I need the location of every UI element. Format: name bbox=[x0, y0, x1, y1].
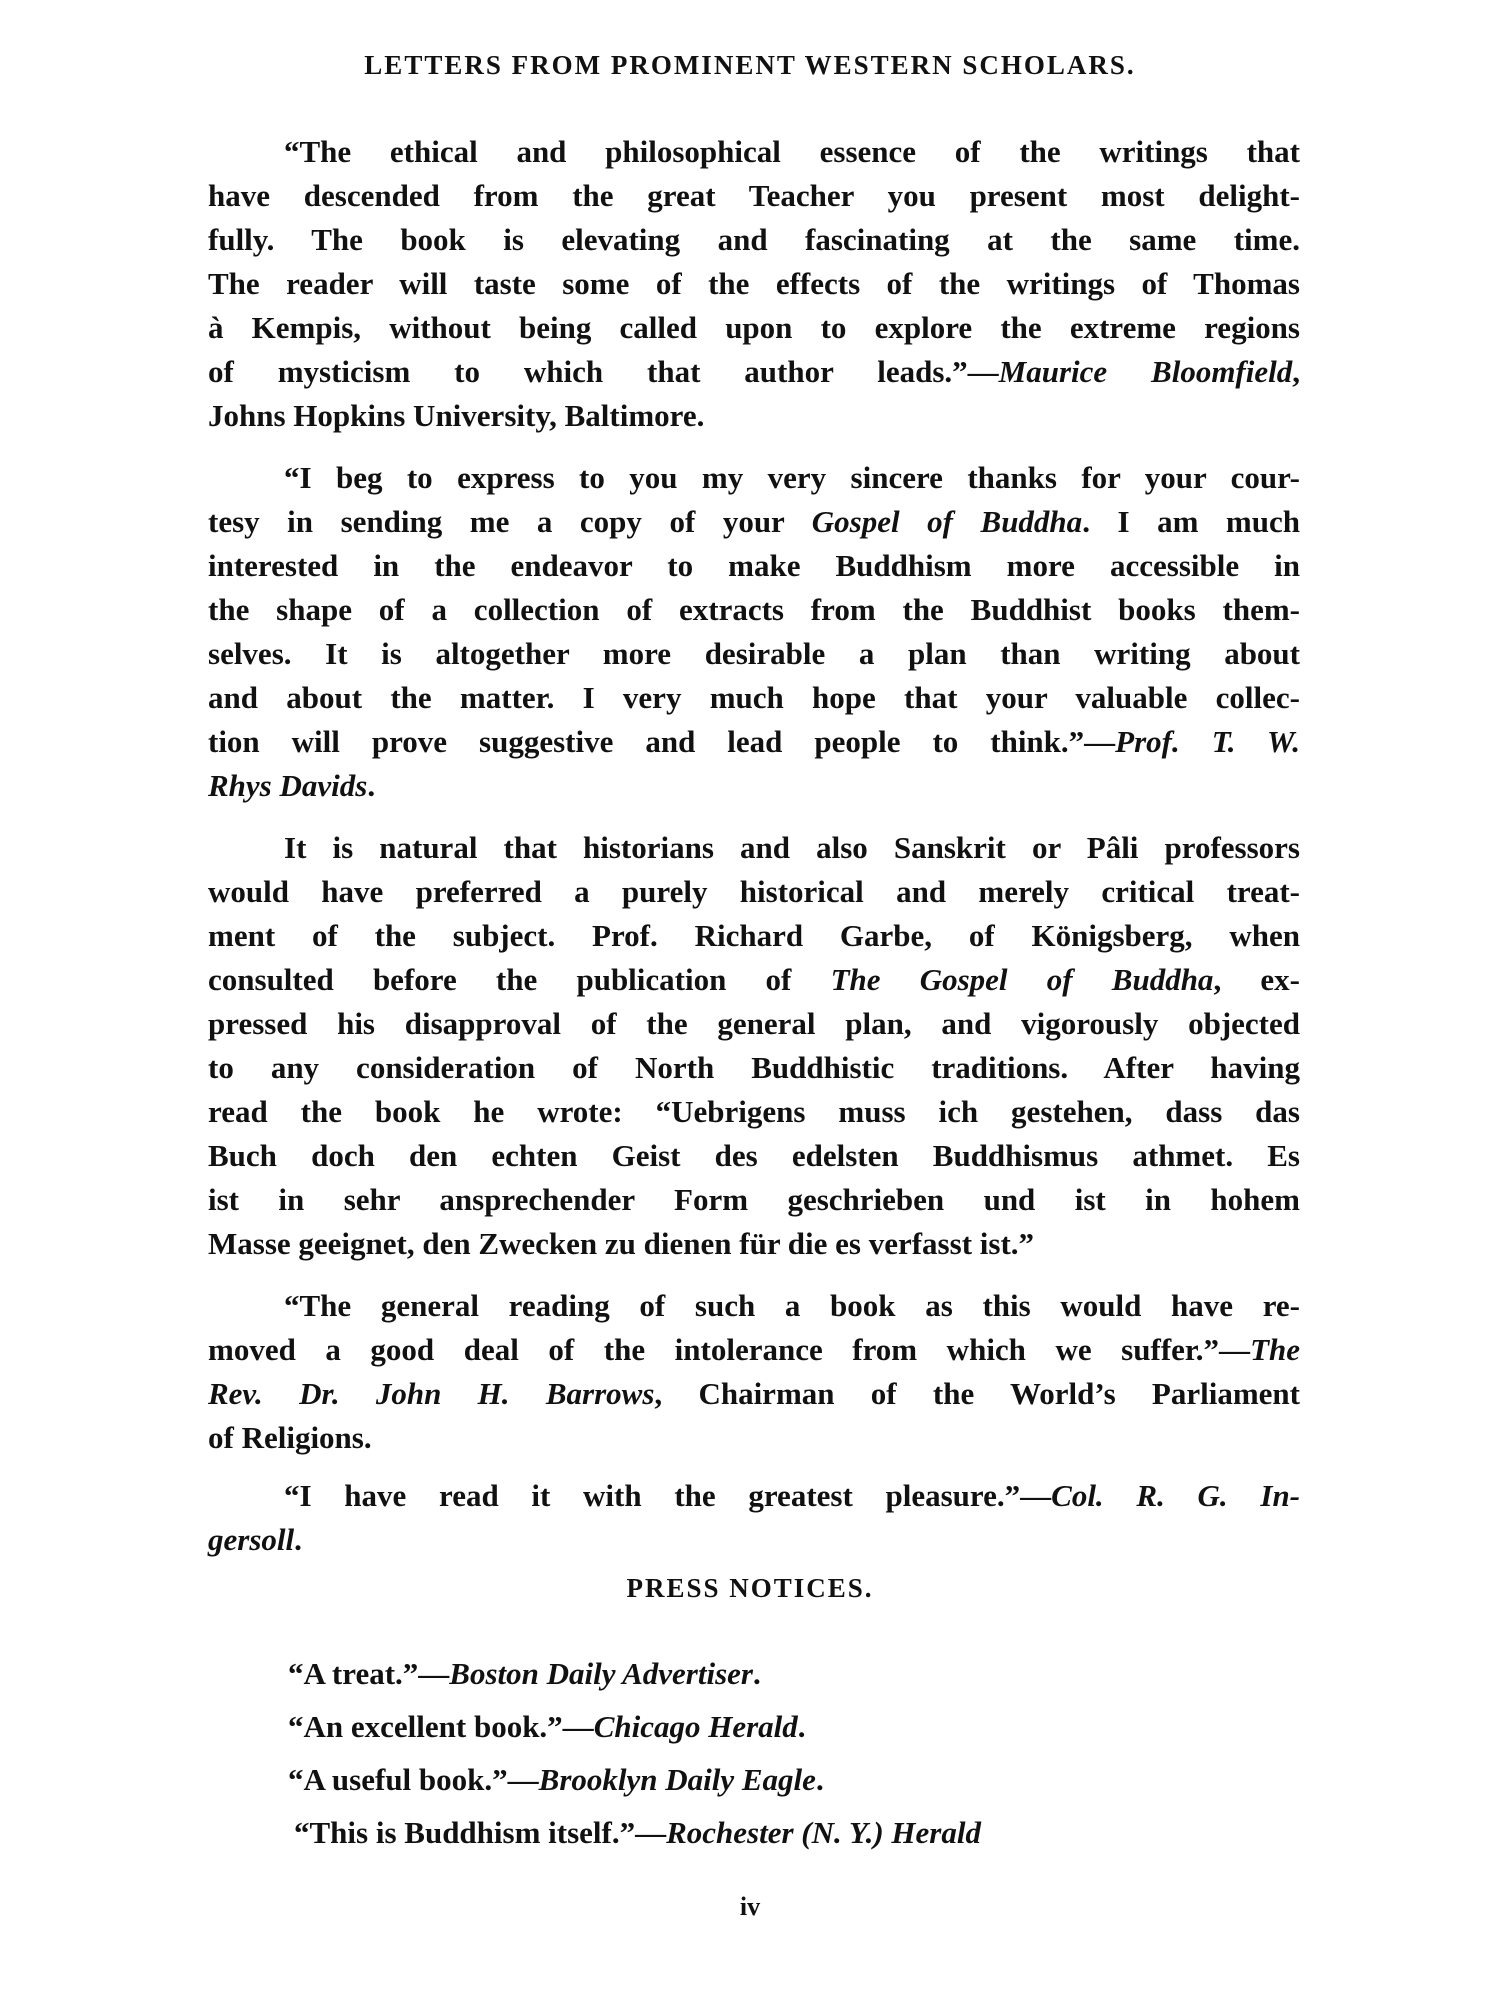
text-line: the shape of a collection of extracts fr… bbox=[208, 588, 1300, 632]
text-line: Masse geeignet, den Zwecken zu dienen fü… bbox=[208, 1222, 1300, 1266]
book-title: The Gospel of Buddha bbox=[831, 962, 1214, 997]
text-line: “I beg to express to you my very sincere… bbox=[284, 456, 1300, 500]
text-line: “The general reading of such a book as t… bbox=[284, 1284, 1300, 1328]
running-head: LETTERS FROM PROMINENT WESTERN SCHOLARS. bbox=[0, 50, 1500, 81]
text-line: to any consideration of North Buddhistic… bbox=[208, 1046, 1300, 1090]
text-line: tesy in sending me a copy of your Gospel… bbox=[208, 500, 1300, 544]
text-line: of Religions. bbox=[208, 1416, 1300, 1460]
text-line: tion will prove suggestive and lead peop… bbox=[208, 720, 1300, 764]
press-notices-heading: PRESS NOTICES. bbox=[0, 1573, 1500, 1604]
author-name: Col. R. G. In- bbox=[1051, 1478, 1300, 1513]
text-line: “I have read it with the greatest pleasu… bbox=[284, 1474, 1300, 1518]
page-number: iv bbox=[0, 1892, 1500, 1922]
book-title: Gospel of Buddha bbox=[812, 504, 1082, 539]
text-line: selves. It is altogether more desirable … bbox=[208, 632, 1300, 676]
text-line: The reader will taste some of the effect… bbox=[208, 262, 1300, 306]
text-line: consulted before the publication of The … bbox=[208, 958, 1300, 1002]
text-line: of mysticism to which that author leads.… bbox=[208, 350, 1300, 394]
text-line: Rev. Dr. John H. Barrows, Chairman of th… bbox=[208, 1372, 1300, 1416]
text-line: would have preferred a purely historical… bbox=[208, 870, 1300, 914]
author-name: gersoll bbox=[208, 1522, 294, 1557]
text-line: and about the matter. I very much hope t… bbox=[208, 676, 1300, 720]
author-name: Rev. Dr. John H. Barrows bbox=[208, 1376, 654, 1411]
text-line: moved a good deal of the intolerance fro… bbox=[208, 1328, 1300, 1372]
document-page: LETTERS FROM PROMINENT WESTERN SCHOLARS.… bbox=[0, 0, 1500, 2000]
press-notice-item: “A useful book.”—Brooklyn Daily Eagle. bbox=[288, 1758, 824, 1802]
press-notice-item: “This is Buddhism itself.”—Rochester (N.… bbox=[294, 1811, 981, 1855]
author-name: Maurice Bloomfield bbox=[999, 354, 1293, 389]
author-name: Rhys Davids bbox=[208, 768, 367, 803]
press-notice-item: “An excellent book.”—Chicago Herald. bbox=[288, 1705, 806, 1749]
text-line: ment of the subject. Prof. Richard Garbe… bbox=[208, 914, 1300, 958]
press-source: Chicago Herald bbox=[594, 1709, 798, 1744]
text-line: Buch doch den echten Geist des edelsten … bbox=[208, 1134, 1300, 1178]
text-line: pressed his disapproval of the general p… bbox=[208, 1002, 1300, 1046]
press-source: Rochester (N. Y.) Herald bbox=[666, 1815, 981, 1850]
press-source: Brooklyn Daily Eagle bbox=[539, 1762, 816, 1797]
text-line: It is natural that historians and also S… bbox=[284, 826, 1300, 870]
text-line: ist in sehr ansprechender Form geschrieb… bbox=[208, 1178, 1300, 1222]
text-line: Johns Hopkins University, Baltimore. bbox=[208, 394, 1300, 438]
text-line: read the book he wrote: “Uebrigens muss … bbox=[208, 1090, 1300, 1134]
author-name: Prof. T. W. bbox=[1115, 724, 1300, 759]
text-line: à Kempis, without being called upon to e… bbox=[208, 306, 1300, 350]
press-notice-item: “A treat.”—Boston Daily Advertiser. bbox=[288, 1652, 761, 1696]
press-source: Boston Daily Advertiser bbox=[449, 1656, 753, 1691]
text-line: Rhys Davids. bbox=[208, 764, 1300, 808]
text-line: fully. The book is elevating and fascina… bbox=[208, 218, 1300, 262]
text-line: have descended from the great Teacher yo… bbox=[208, 174, 1300, 218]
text-line: “The ethical and philosophical essence o… bbox=[284, 130, 1300, 174]
author-name: The bbox=[1250, 1332, 1300, 1367]
text-line: interested in the endeavor to make Buddh… bbox=[208, 544, 1300, 588]
text-line: gersoll. bbox=[208, 1518, 1300, 1562]
